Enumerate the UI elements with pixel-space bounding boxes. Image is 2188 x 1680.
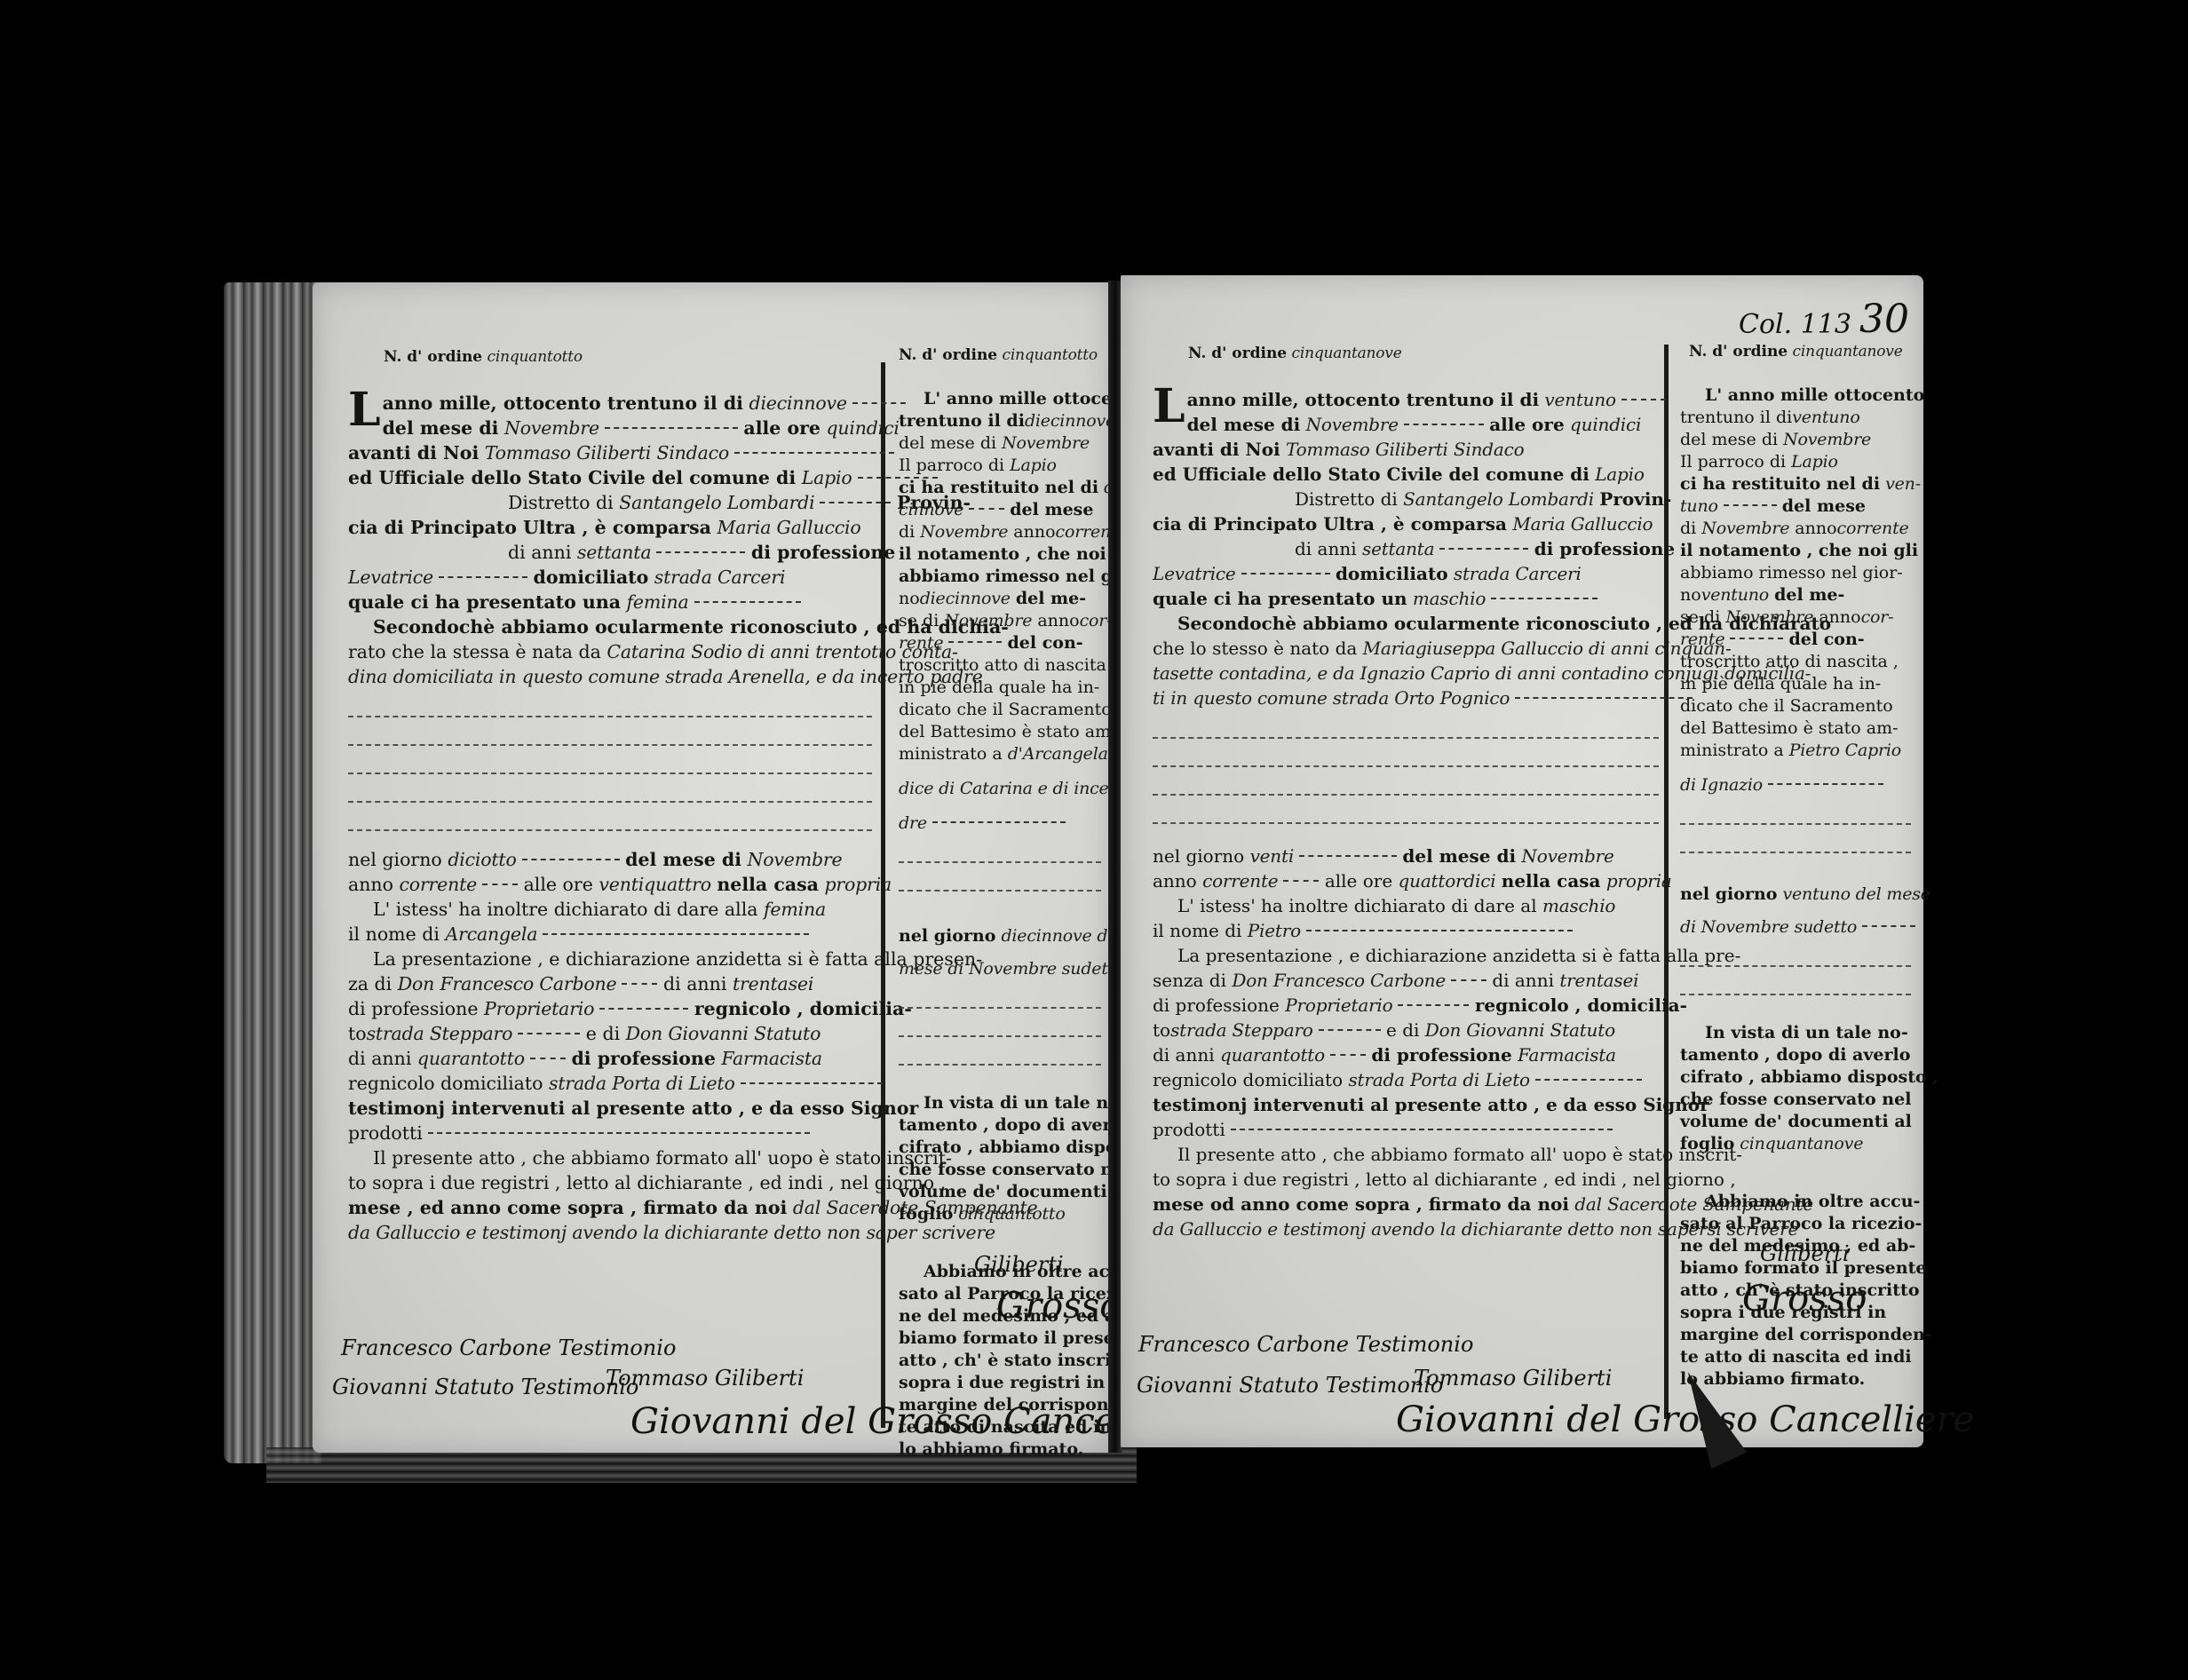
blank-dashed-line	[1680, 992, 1911, 995]
act-line: Levatrice domiciliato strada Carceri	[1153, 561, 1659, 586]
blank-dashed-line	[899, 1005, 1101, 1009]
signature-witness-1: Francesco Carbone Testimonio	[1138, 1332, 1473, 1357]
note-line: ci ha restituito nel di ven-	[1680, 473, 1911, 495]
act-line: dina domiciliata in questo comune strada…	[348, 664, 872, 689]
blank-dashed-line	[899, 1062, 1101, 1066]
note-line: biamo formato il presente	[899, 1327, 1101, 1350]
note-line: di Novembre annocorrente	[899, 521, 1101, 543]
note-line: L' anno mille ottocento	[899, 388, 1101, 410]
act-line: regnicolo domiciliato strada Porta di Li…	[1153, 1067, 1659, 1092]
note-line: abbiamo rimesso nel gior-	[899, 566, 1101, 588]
act-line: tasette contadina, e da Ignazio Caprio d…	[1153, 661, 1659, 685]
note-line: nel giorno ventuno del mese	[1680, 884, 1911, 906]
act-line: quale ci ha presentato un maschio	[1153, 586, 1659, 611]
act-line: quale ci ha presentato una femina	[348, 590, 872, 614]
signature-giliberti: Giliberti	[1760, 1241, 1850, 1266]
act-line: nel giorno diciotto del mese di Novembre	[348, 847, 872, 872]
note-line: sato al Parroco la ricezio-	[1680, 1213, 1911, 1235]
blank-dashed-line	[1153, 735, 1659, 739]
act-line: ed Ufficiale dello Stato Civile del comu…	[348, 465, 872, 490]
act-line: del mese di Novembre alle ore quindici	[1153, 412, 1659, 437]
note-line: del Battesimo è stato am-	[899, 721, 1101, 743]
note-number-heading: N. d' ordine cinquantotto	[899, 345, 1101, 367]
blank-dashed-line	[899, 888, 1101, 892]
blank-dashed-line	[1153, 764, 1659, 767]
blank-dashed-line	[1153, 792, 1659, 796]
note-line: del mese di Novembre	[899, 432, 1101, 455]
blank-dashed-line	[1680, 850, 1911, 853]
note-line: Il parroco di Lapio	[1680, 451, 1911, 473]
blank-dashed-line	[899, 1034, 1101, 1037]
right-page: Col. 113 30 N. d' ordine cinquantanove L…	[1121, 275, 1923, 1447]
act-line: Distretto di Santangelo Lombardi Provin-	[1153, 487, 1659, 511]
note-line: nel giorno diecinnove del	[899, 925, 1101, 947]
note-line: te atto di nascita ed indi	[899, 1416, 1101, 1438]
note-line: abbiamo rimesso nel gior-	[1680, 562, 1911, 584]
signature-mayor: Tommaso Giliberti	[606, 1366, 804, 1391]
note-line: troscritto atto di nascita ,	[899, 654, 1101, 677]
birth-act-right: N. d' ordine cinquantanove Lanno mille, …	[1153, 341, 1659, 1241]
blank-dashed-line	[348, 799, 872, 803]
note-line: rente del con-	[899, 632, 1101, 654]
note-line: se di Novembre annocor-	[1680, 606, 1911, 629]
act-line: ed Ufficiale dello Stato Civile del comu…	[1153, 462, 1659, 487]
column-divider	[881, 362, 885, 1428]
act-number-heading: N. d' ordine cinquantotto	[348, 345, 872, 369]
blank-dashed-line	[1680, 963, 1911, 967]
note-line: mese di Novembre sudetto	[899, 958, 1101, 980]
signature-witness-2: Giovanni Statuto Testimonio	[1137, 1373, 1443, 1398]
note-line: noventuno del me-	[1680, 584, 1911, 606]
blank-dashed-line	[348, 714, 872, 717]
act-line: nel giorno venti del mese di Novembre	[1153, 844, 1659, 868]
note-line: Il parroco di Lapio	[899, 455, 1101, 477]
note-line: il notamento , che noi gli	[1680, 540, 1911, 562]
note-line: lo abbiamo firmato.	[899, 1438, 1101, 1461]
note-line: del Battesimo è stato am-	[1680, 717, 1911, 740]
note-line: dice di Catarina e di incerto pa-	[899, 778, 1101, 800]
note-line: margine del corrisponden-	[1680, 1324, 1911, 1346]
act-line: Distretto di Santangelo Lombardi Provin-	[348, 490, 872, 515]
signature-mayor: Tommaso Giliberti	[1414, 1366, 1612, 1391]
act-line: Lanno mille, ottocento trentuno il di di…	[348, 391, 872, 416]
blank-dashed-line	[348, 828, 872, 831]
note-line: troscritto atto di nascita ,	[1680, 651, 1911, 673]
note-line: foglio cinquantotto	[899, 1203, 1101, 1225]
note-number-heading: N. d' ordine cinquantanove	[1680, 341, 1911, 363]
note-line: che fosse conservato nel	[1680, 1089, 1911, 1111]
note-line: cifrato , abbiamo disposto ,	[899, 1137, 1101, 1159]
act-line: ti in questo comune strada Orto Pognico	[1153, 685, 1659, 710]
note-line: se di Novembre annocor-	[899, 610, 1101, 632]
signature-grosso: Grosso	[996, 1286, 1121, 1327]
blank-dashed-line	[1153, 820, 1659, 824]
note-line: te atto di nascita ed indi	[1680, 1346, 1911, 1368]
act-line: regnicolo domiciliato strada Porta di Li…	[348, 1071, 872, 1096]
act-number-heading: N. d' ordine cinquantanove	[1153, 341, 1659, 366]
blank-dashed-line	[1680, 821, 1911, 825]
note-line: ministrato a Pietro Caprio	[1680, 740, 1911, 762]
act-line: cia di Principato Ultra , è comparsa Mar…	[1153, 511, 1659, 536]
signature-witness-1: Francesco Carbone Testimonio	[341, 1335, 676, 1360]
note-line: atto , ch' è stato inscritto	[899, 1350, 1101, 1372]
signature-grosso: Grosso	[1742, 1279, 1867, 1319]
act-line: L' istess' ha inoltre dichiarato di dare…	[1153, 893, 1659, 918]
note-line: Abbiamo in oltre accu-	[1680, 1191, 1911, 1213]
act-line: di anni quarantotto di professione Farma…	[1153, 1042, 1659, 1067]
left-page: N. d' ordine cinquantotto Lanno mille, o…	[313, 282, 1110, 1453]
act-line: tostrada Stepparo e di Don Giovanni Stat…	[1153, 1018, 1659, 1042]
note-line: in piè della quale ha in-	[1680, 673, 1911, 695]
act-line: testimonj intervenuti al presente atto ,…	[1153, 1092, 1659, 1117]
act-line: anno corrente alle ore quattordici nella…	[1153, 868, 1659, 893]
note-line: volume de' documenti al	[1680, 1111, 1911, 1133]
act-line: prodotti	[1153, 1117, 1659, 1142]
act-line: mese od anno come sopra , firmato da noi…	[1153, 1192, 1659, 1216]
note-line: ministrato a d'Arcangela in	[899, 743, 1101, 765]
act-line: La presentazione , e dichiarazione anzid…	[348, 947, 872, 971]
act-line: to sopra i due registri , letto al dichi…	[348, 1170, 872, 1195]
signature-giliberti: Giliberti	[974, 1252, 1064, 1277]
note-line: dre	[899, 812, 1101, 835]
act-line: prodotti	[348, 1121, 872, 1145]
note-line: che fosse conservato nel	[899, 1159, 1101, 1181]
act-line: za di Don Francesco Carbone di anni tren…	[348, 971, 872, 996]
note-line: il notamento , che noi gli	[899, 543, 1101, 566]
note-line: cinnove del mese	[899, 499, 1101, 521]
note-line: sopra i due registri in	[899, 1372, 1101, 1394]
note-line: in piè della quale ha in-	[899, 677, 1101, 699]
act-line: Il presente atto , che abbiamo formato a…	[1153, 1142, 1659, 1167]
act-line: avanti di Noi Tommaso Giliberti Sindaco	[1153, 437, 1659, 462]
act-line: Lanno mille, ottocento trentuno il di ve…	[1153, 387, 1659, 412]
note-line: cifrato , abbiamo disposto ,	[1680, 1066, 1911, 1089]
act-line: to sopra i due registri , letto al dichi…	[1153, 1167, 1659, 1192]
act-line: di anni quarantotto di professione Farma…	[348, 1046, 872, 1071]
act-line: mese , ed anno come sopra , firmato da n…	[348, 1195, 872, 1220]
note-line: margine del corrisponden-	[899, 1394, 1101, 1416]
act-line: cia di Principato Ultra , è comparsa Mar…	[348, 515, 872, 540]
act-line: del mese di Novembre alle ore quindici	[348, 416, 872, 440]
note-line: tamento , dopo di averlo	[899, 1114, 1101, 1137]
birth-act-left: N. d' ordine cinquantotto Lanno mille, o…	[348, 345, 872, 1245]
act-line: di anni settanta di professione	[1153, 536, 1659, 561]
act-line: il nome di Arcangela	[348, 922, 872, 947]
act-line: Il presente atto , che abbiamo formato a…	[348, 1145, 872, 1170]
note-line: L' anno mille ottocento	[1680, 384, 1911, 407]
note-line: del mese di Novembre	[1680, 429, 1911, 451]
act-line: che lo stesso è nato da Mariagiuseppa Ga…	[1153, 636, 1659, 661]
baptism-note-right: N. d' ordine cinquantanove L' anno mille…	[1680, 341, 1911, 1391]
note-line: di Ignazio	[1680, 774, 1911, 796]
act-line: rato che la stessa è nata da Catarina So…	[348, 639, 872, 664]
note-line: di Novembre sudetto	[1680, 916, 1911, 939]
note-line: In vista di un tale no-	[1680, 1022, 1911, 1044]
note-line: ci ha restituito nel di die-	[899, 477, 1101, 499]
book-page-edges	[224, 282, 321, 1463]
note-line: trentuno il diventuno	[1680, 407, 1911, 429]
note-line: volume de' documenti al	[899, 1181, 1101, 1203]
note-line: tuno del mese	[1680, 495, 1911, 518]
blank-dashed-line	[348, 771, 872, 774]
act-line: Secondochè abbiamo ocularmente riconosci…	[348, 614, 872, 639]
note-line: dicato che il Sacramento	[1680, 695, 1911, 717]
note-line: nodiecinnove del me-	[899, 588, 1101, 610]
note-line: tamento , dopo di averlo	[1680, 1044, 1911, 1066]
act-line: testimonj intervenuti al presente atto ,…	[348, 1096, 872, 1121]
act-line: avanti di Noi Tommaso Giliberti Sindaco	[348, 440, 872, 465]
act-line: Secondochè abbiamo ocularmente riconosci…	[1153, 611, 1659, 636]
act-line: di professione Proprietario regnicolo , …	[1153, 993, 1659, 1018]
signature-witness-2: Giovanni Statuto Testimonio	[332, 1375, 638, 1399]
folio-col-number: Col. 113	[1739, 309, 1851, 340]
note-line: dicato che il Sacramento	[899, 699, 1101, 721]
note-line: In vista di un tale no-	[899, 1092, 1101, 1114]
act-line: da Galluccio e testimonj avendo la dichi…	[1153, 1216, 1659, 1241]
blank-dashed-line	[899, 860, 1101, 863]
act-line: senza di Don Francesco Carbone di anni t…	[1153, 968, 1659, 993]
note-line: rente del con-	[1680, 629, 1911, 651]
act-line: di anni settanta di professione	[348, 540, 872, 565]
act-line: da Galluccio e testimonj avendo la dichi…	[348, 1220, 872, 1245]
note-line: foglio cinquantanove	[1680, 1133, 1911, 1155]
note-line: lo abbiamo firmato.	[1680, 1368, 1911, 1391]
blank-dashed-line	[348, 742, 872, 746]
note-line: di Novembre annocorrente	[1680, 518, 1911, 540]
act-line: di professione Proprietario regnicolo , …	[348, 996, 872, 1021]
act-line: il nome di Pietro	[1153, 918, 1659, 943]
note-line: trentuno il didiecinnove	[899, 410, 1101, 432]
act-line: tostrada Stepparo e di Don Giovanni Stat…	[348, 1021, 872, 1046]
act-line: anno corrente alle ore ventiquattro nell…	[348, 872, 872, 897]
act-line: L' istess' ha inoltre dichiarato di dare…	[348, 897, 872, 922]
folio-page-number: 30	[1859, 297, 1909, 342]
act-line: La presentazione , e dichiarazione anzid…	[1153, 943, 1659, 968]
act-line: Levatrice domiciliato strada Carceri	[348, 565, 872, 590]
